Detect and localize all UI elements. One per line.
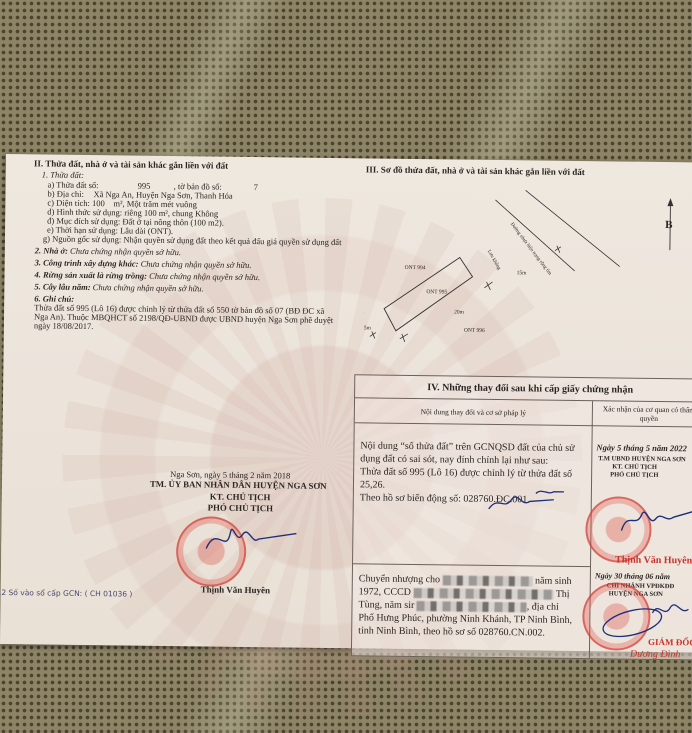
plot-svg <box>364 158 692 362</box>
issuer-role-2: PHÓ CHỦ TỊCH <box>208 502 273 514</box>
signature-entry2 <box>592 592 692 643</box>
land-plot-diagram: III. Sơ đồ thửa đất, nhà ở và tài sản kh… <box>364 158 692 362</box>
entry1-line-3: Thửa đất số 995 (Lô 16) được chỉnh lý từ… <box>360 465 572 481</box>
parcel-ont-995: ONT 995 <box>426 287 447 298</box>
signature-left <box>196 514 307 565</box>
margin-note: ..2 Số vào sổ cấp GCN: ( CH 01036 ) <box>0 587 132 600</box>
entry1-confirm-signer: Thịnh Văn Huyên <box>615 554 692 566</box>
entry1-line-4: 25,26. <box>360 478 385 491</box>
issuer-signer: Thịnh Văn Huyên <box>201 584 271 596</box>
construction-label: 3. Công trình xây dựng khác: <box>35 257 139 268</box>
entry2-suffix-3: , địa chỉ <box>527 601 559 612</box>
entry2-line-3: Tùng, năm sir <box>358 599 414 611</box>
parcel-ont-994: ONT 994 <box>405 263 426 274</box>
entry2-confirm-signer: Dương Đình <box>630 649 681 661</box>
perennial-label: 5. Cây lâu năm: <box>34 281 90 292</box>
north-label: B <box>665 220 672 231</box>
issuer-org: TM. ỦY BAN NHÂN DÂN HUYỆN NGA SƠN <box>150 479 327 492</box>
entry2-suffix-1: năm sinh <box>535 575 572 586</box>
changes-table: IV. Những thay đổi sau khi cấp giấy chứn… <box>351 374 692 660</box>
dimension-15m: 15m <box>517 268 527 279</box>
forest-label: 4. Rừng sản xuất là rừng trồng: <box>34 269 147 280</box>
entry2-suffix-2: Thị <box>556 589 570 600</box>
perennial-value: Chưa chứng nhận quyền sở hữu. <box>93 282 204 293</box>
redacted-id <box>413 588 553 600</box>
entry2-line-2: 1972, CCCD <box>359 586 411 598</box>
house-value: Chưa chứng nhận quyền sở hữu. <box>70 246 181 257</box>
signature-entry1 <box>484 485 574 516</box>
map-sheet: 7 <box>254 182 258 193</box>
notes-line-3: ngày 18/08/2017. <box>34 320 94 332</box>
entry2-line-1: Chuyển nhượng cho <box>359 573 440 585</box>
redacted-name <box>443 575 533 586</box>
dimension-20m: 20m <box>454 307 464 318</box>
entry2-line-5: tỉnh Ninh Bình, theo hồ sơ số 028760.CN.… <box>358 624 545 639</box>
col-header-content: Nội dung thay đổi và cơ sở pháp lý <box>355 398 593 425</box>
house-label: 2. Nhà ở: <box>35 245 68 255</box>
forest-value: Chưa chứng nhận quyền sở hữu. <box>149 271 260 282</box>
certificate-page: II. Thửa đất, nhà ở và tài sản khác gắn … <box>0 154 692 653</box>
issuer-role-1: KT. CHỦ TỊCH <box>210 492 271 504</box>
signature-entry1-confirm <box>615 500 692 541</box>
construction-value: Chưa chứng nhận quyền sở hữu. <box>141 259 252 270</box>
redacted-details <box>417 601 527 612</box>
row-divider <box>353 563 590 567</box>
col-header-confirm: Xác nhận của cơ quan có thẩm quyền <box>593 401 692 426</box>
entry1-confirm-role2: PHÓ CHỦ TỊCH <box>610 469 658 481</box>
dimension-5m: 5m <box>364 323 371 334</box>
parcel-ont-996: ONT 996 <box>464 326 485 337</box>
entry2-confirm-role: GIÁM ĐỐC <box>648 637 692 649</box>
